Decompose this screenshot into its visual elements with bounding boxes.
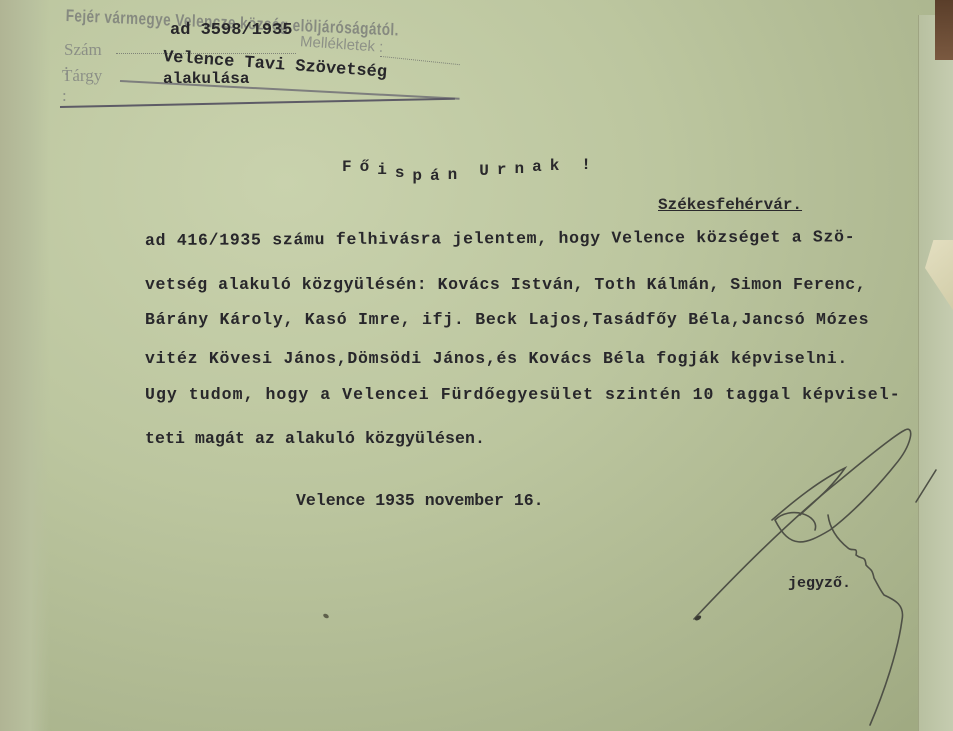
body-line-5: Ugy tudom, hogy a Velencei Fürdőegyesüle… xyxy=(145,385,901,404)
salutation-char: a xyxy=(532,158,550,176)
salutation-char: ! xyxy=(581,156,599,174)
paper-left-edge xyxy=(0,0,50,731)
body-line-3: Bárány Károly, Kasó Imre, ifj. Beck Lajo… xyxy=(145,310,869,329)
salutation-char: p xyxy=(412,167,430,185)
salutation-char: n xyxy=(514,160,532,178)
signatory-title: jegyző. xyxy=(788,575,851,592)
body-line-1: ad 416/1935 számu felhivásra jelentem, h… xyxy=(145,227,855,250)
date-line: Velence 1935 november 16. xyxy=(296,491,544,510)
subject-line-2: alakulása xyxy=(163,70,249,88)
salutation: FőispánUrnak! xyxy=(342,158,599,176)
reference-number: ad 3598/1935 xyxy=(170,21,292,40)
salutation-char: i xyxy=(377,161,395,179)
salutation-char: Fő xyxy=(342,158,377,176)
addressee-city: Székesfehérvár. xyxy=(658,196,802,214)
salutation-char: s xyxy=(395,164,413,182)
salutation-char: n xyxy=(448,166,466,184)
salutation-char: U xyxy=(479,162,497,180)
stamp-targy-label: Tárgy : xyxy=(62,66,102,106)
body-line-4: vitéz Kövesi János,Dömsödi János,és Ková… xyxy=(145,349,848,368)
body-line-2: vetség alakuló közgyülésén: Kovács Istvá… xyxy=(145,275,866,294)
salutation-char: á xyxy=(430,167,448,185)
desk-surface xyxy=(935,0,953,60)
salutation-char: k xyxy=(550,157,568,175)
body-line-6: teti magát az alakuló közgyülésen. xyxy=(145,429,485,448)
salutation-char: r xyxy=(497,161,515,179)
